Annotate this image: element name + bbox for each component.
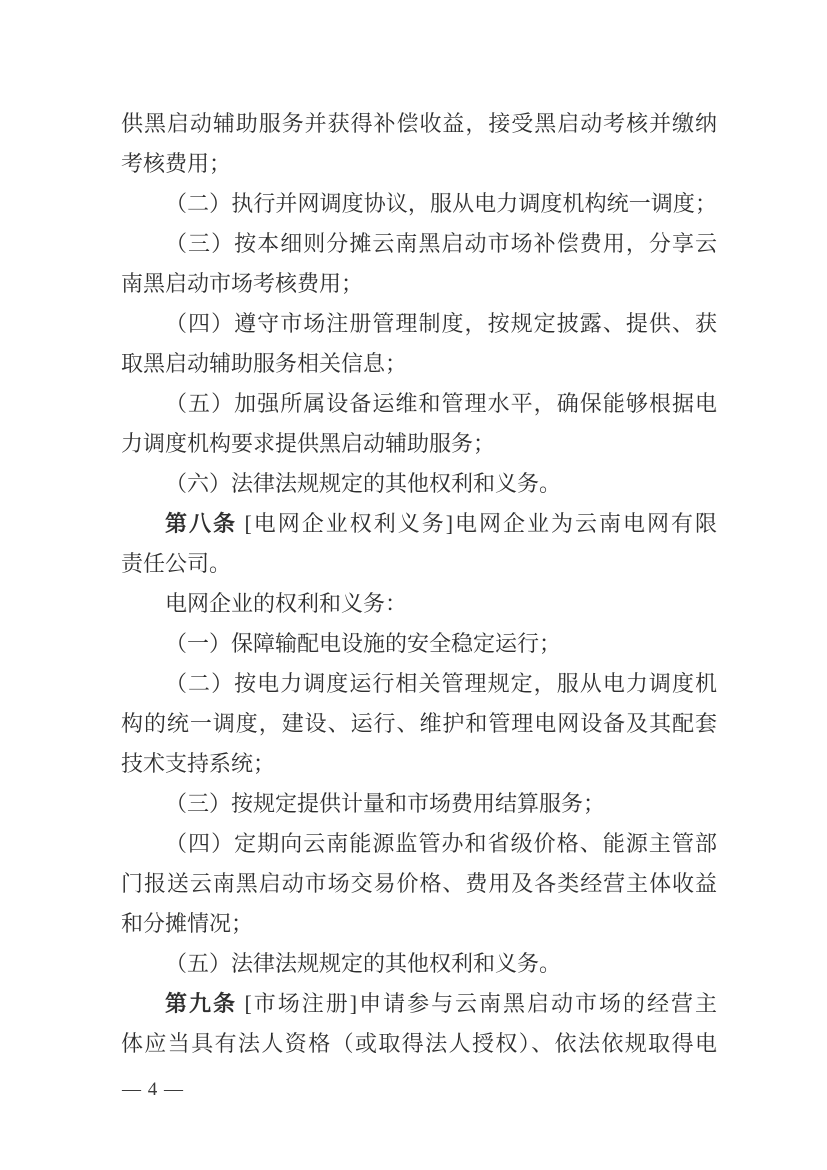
document-page: 供黑启动辅助服务并获得补偿收益，接受黑启动考核并缴纳 考核费用； （二）执行并网…: [0, 0, 827, 1170]
document-body: 供黑启动辅助服务并获得补偿收益，接受黑启动考核并缴纳 考核费用； （二）执行并网…: [121, 104, 717, 1064]
text-line-item-2: （二）执行并网调度协议，服从电力调度机构统一调度；: [121, 184, 717, 224]
text-line: 技术支持系统；: [121, 744, 717, 784]
page-number: — 4 —: [122, 1078, 184, 1102]
text-line: 责任公司。: [121, 544, 717, 584]
text-line-item-3: （三）按本细则分摊云南黑启动市场补偿费用，分享云: [121, 224, 717, 264]
text-line: 供黑启动辅助服务并获得补偿收益，接受黑启动考核并缴纳: [121, 104, 717, 144]
text-line: 门报送云南黑启动市场交易价格、费用及各类经营主体收益: [121, 864, 717, 904]
text-line: 和分摊情况；: [121, 904, 717, 944]
text-line-item-5b: （五）法律法规规定的其他权利和义务。: [121, 944, 717, 984]
text-line-article-9: 第九条 [市场注册]申请参与云南黑启动市场的经营主: [121, 984, 717, 1024]
text-line-item-4: （四）遵守市场注册管理制度，按规定披露、提供、获: [121, 304, 717, 344]
text-line: 电网企业的权利和义务：: [121, 584, 717, 624]
text-line: 构的统一调度，建设、运行、维护和管理电网设备及其配套: [121, 704, 717, 744]
text-line-item-3b: （三）按规定提供计量和市场费用结算服务；: [121, 784, 717, 824]
text-line: 取黑启动辅助服务相关信息；: [121, 344, 717, 384]
article-9-number: 第九条: [165, 991, 237, 1016]
text-line-item-1: （一）保障输配电设施的安全稳定运行；: [121, 624, 717, 664]
text-line: 力调度机构要求提供黑启动辅助服务；: [121, 424, 717, 464]
text-line-item-5: （五）加强所属设备运维和管理水平，确保能够根据电: [121, 384, 717, 424]
text-line: 考核费用；: [121, 144, 717, 184]
article-9-text: [市场注册]申请参与云南黑启动市场的经营主: [237, 991, 717, 1016]
article-8-number: 第八条: [165, 511, 237, 536]
text-line: 南黑启动市场考核费用；: [121, 264, 717, 304]
text-line-item-6: （六）法律法规规定的其他权利和义务。: [121, 464, 717, 504]
article-8-text: [电网企业权利义务]电网企业为云南电网有限: [237, 511, 717, 536]
text-line-article-8: 第八条 [电网企业权利义务]电网企业为云南电网有限: [121, 504, 717, 544]
text-line-item-4b: （四）定期向云南能源监管办和省级价格、能源主管部: [121, 824, 717, 864]
text-line-item-2b: （二）按电力调度运行相关管理规定，服从电力调度机: [121, 664, 717, 704]
text-line: 体应当具有法人资格（或取得法人授权）、依法依规取得电: [121, 1024, 717, 1064]
